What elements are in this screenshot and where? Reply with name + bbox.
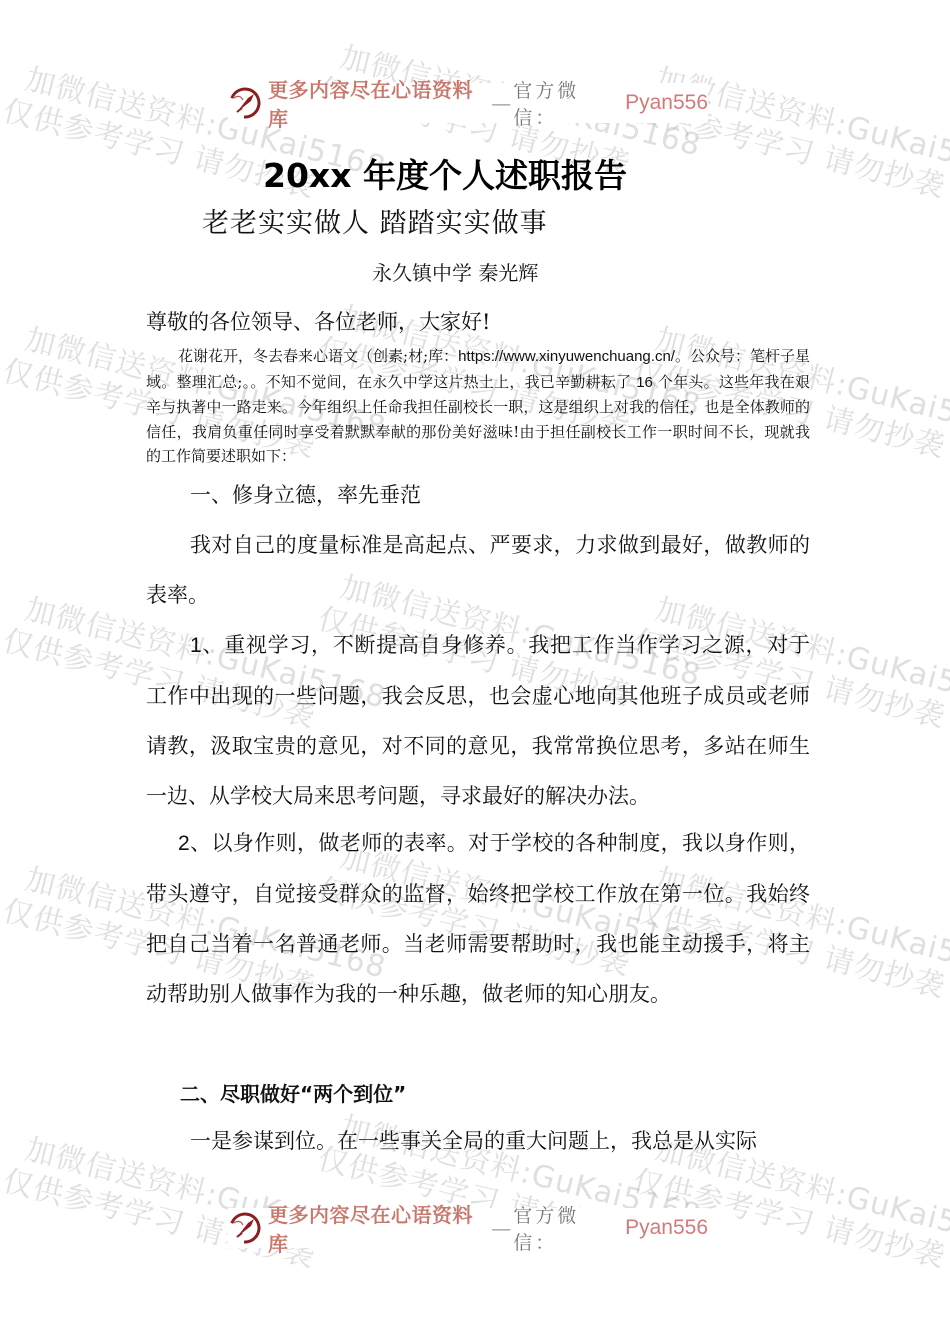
footer-banner: 更多内容尽在心语资料库 — 官方微信： Pyan556 bbox=[228, 1208, 708, 1248]
banner-dash: — bbox=[491, 1216, 511, 1240]
section-2-paragraph: 一是参谋到位。在一些事关全局的重大问题上，我总是从实际 bbox=[190, 1125, 757, 1155]
item-number: 1 bbox=[190, 634, 202, 657]
intro-text: 花谢花开，冬去春来心语文（创素;材;库： bbox=[178, 347, 458, 365]
item-text: 、以身作则，做老师的表率。对于学校的各种制度，我以身作则，带头遵守，自觉接受群众… bbox=[146, 831, 810, 1006]
banner-main-text: 更多内容尽在心语资料库 bbox=[268, 74, 489, 132]
quill-pen-logo-icon bbox=[228, 86, 262, 120]
header-banner: 更多内容尽在心语资料库 — 官方微信： Pyan556 bbox=[228, 83, 708, 123]
section-1-item-2: 2、以身作则，做老师的表率。对于学校的各种制度，我以身作则，带头遵守，自觉接受群… bbox=[146, 818, 810, 1019]
intro-years: 16 bbox=[636, 374, 653, 391]
banner-wechat-label: 官方微信： bbox=[513, 76, 621, 130]
section-1-item-1: 1、重视学习，不断提高自身修养。我把工作当作学习之源，对于工作中出现的一些问题，… bbox=[146, 620, 810, 821]
item-text: 、重视学习，不断提高自身修养。我把工作当作学习之源，对于工作中出现的一些问题，我… bbox=[146, 633, 810, 808]
document-title: 20xx 年度个人述职报告 bbox=[0, 150, 890, 197]
document-author: 永久镇中学 秦光辉 bbox=[372, 257, 538, 286]
intro-paragraph: 花谢花开，冬去春来心语文（创素;材;库：https://www.xinyuwen… bbox=[146, 344, 810, 469]
banner-wechat-label: 官方微信： bbox=[513, 1201, 621, 1255]
document-content: 20xx 年度个人述职报告 老老实实做人 踏踏实实做事 永久镇中学 秦光辉 尊敬… bbox=[0, 0, 950, 1344]
section-1-heading: 一、修身立德，率先垂范 bbox=[190, 479, 421, 509]
item-number: 2 bbox=[178, 832, 190, 855]
section-1-paragraph: 我对自己的度量标准是高起点、严要求，力求做到最好，做教师的表率。 bbox=[146, 520, 810, 620]
banner-dash: — bbox=[491, 91, 511, 115]
greeting: 尊敬的各位领导、各位老师，大家好! bbox=[146, 306, 490, 336]
banner-main-text: 更多内容尽在心语资料库 bbox=[268, 1199, 489, 1257]
document-subtitle: 老老实实做人 踏踏实实做事 bbox=[202, 201, 548, 240]
intro-url: https://www.xinyuwenchuang.cn/ bbox=[458, 348, 675, 365]
section-2-heading: 二、尽职做好“两个到位” bbox=[180, 1078, 406, 1107]
banner-wechat-id: Pyan556 bbox=[625, 1216, 708, 1240]
banner-wechat-id: Pyan556 bbox=[625, 91, 708, 115]
quill-pen-logo-icon bbox=[228, 1211, 262, 1245]
document-page: 加微信送资料:GuKai5168仅供参考学习 请勿抄袭 加微信送资料:GuKai… bbox=[0, 0, 950, 1344]
